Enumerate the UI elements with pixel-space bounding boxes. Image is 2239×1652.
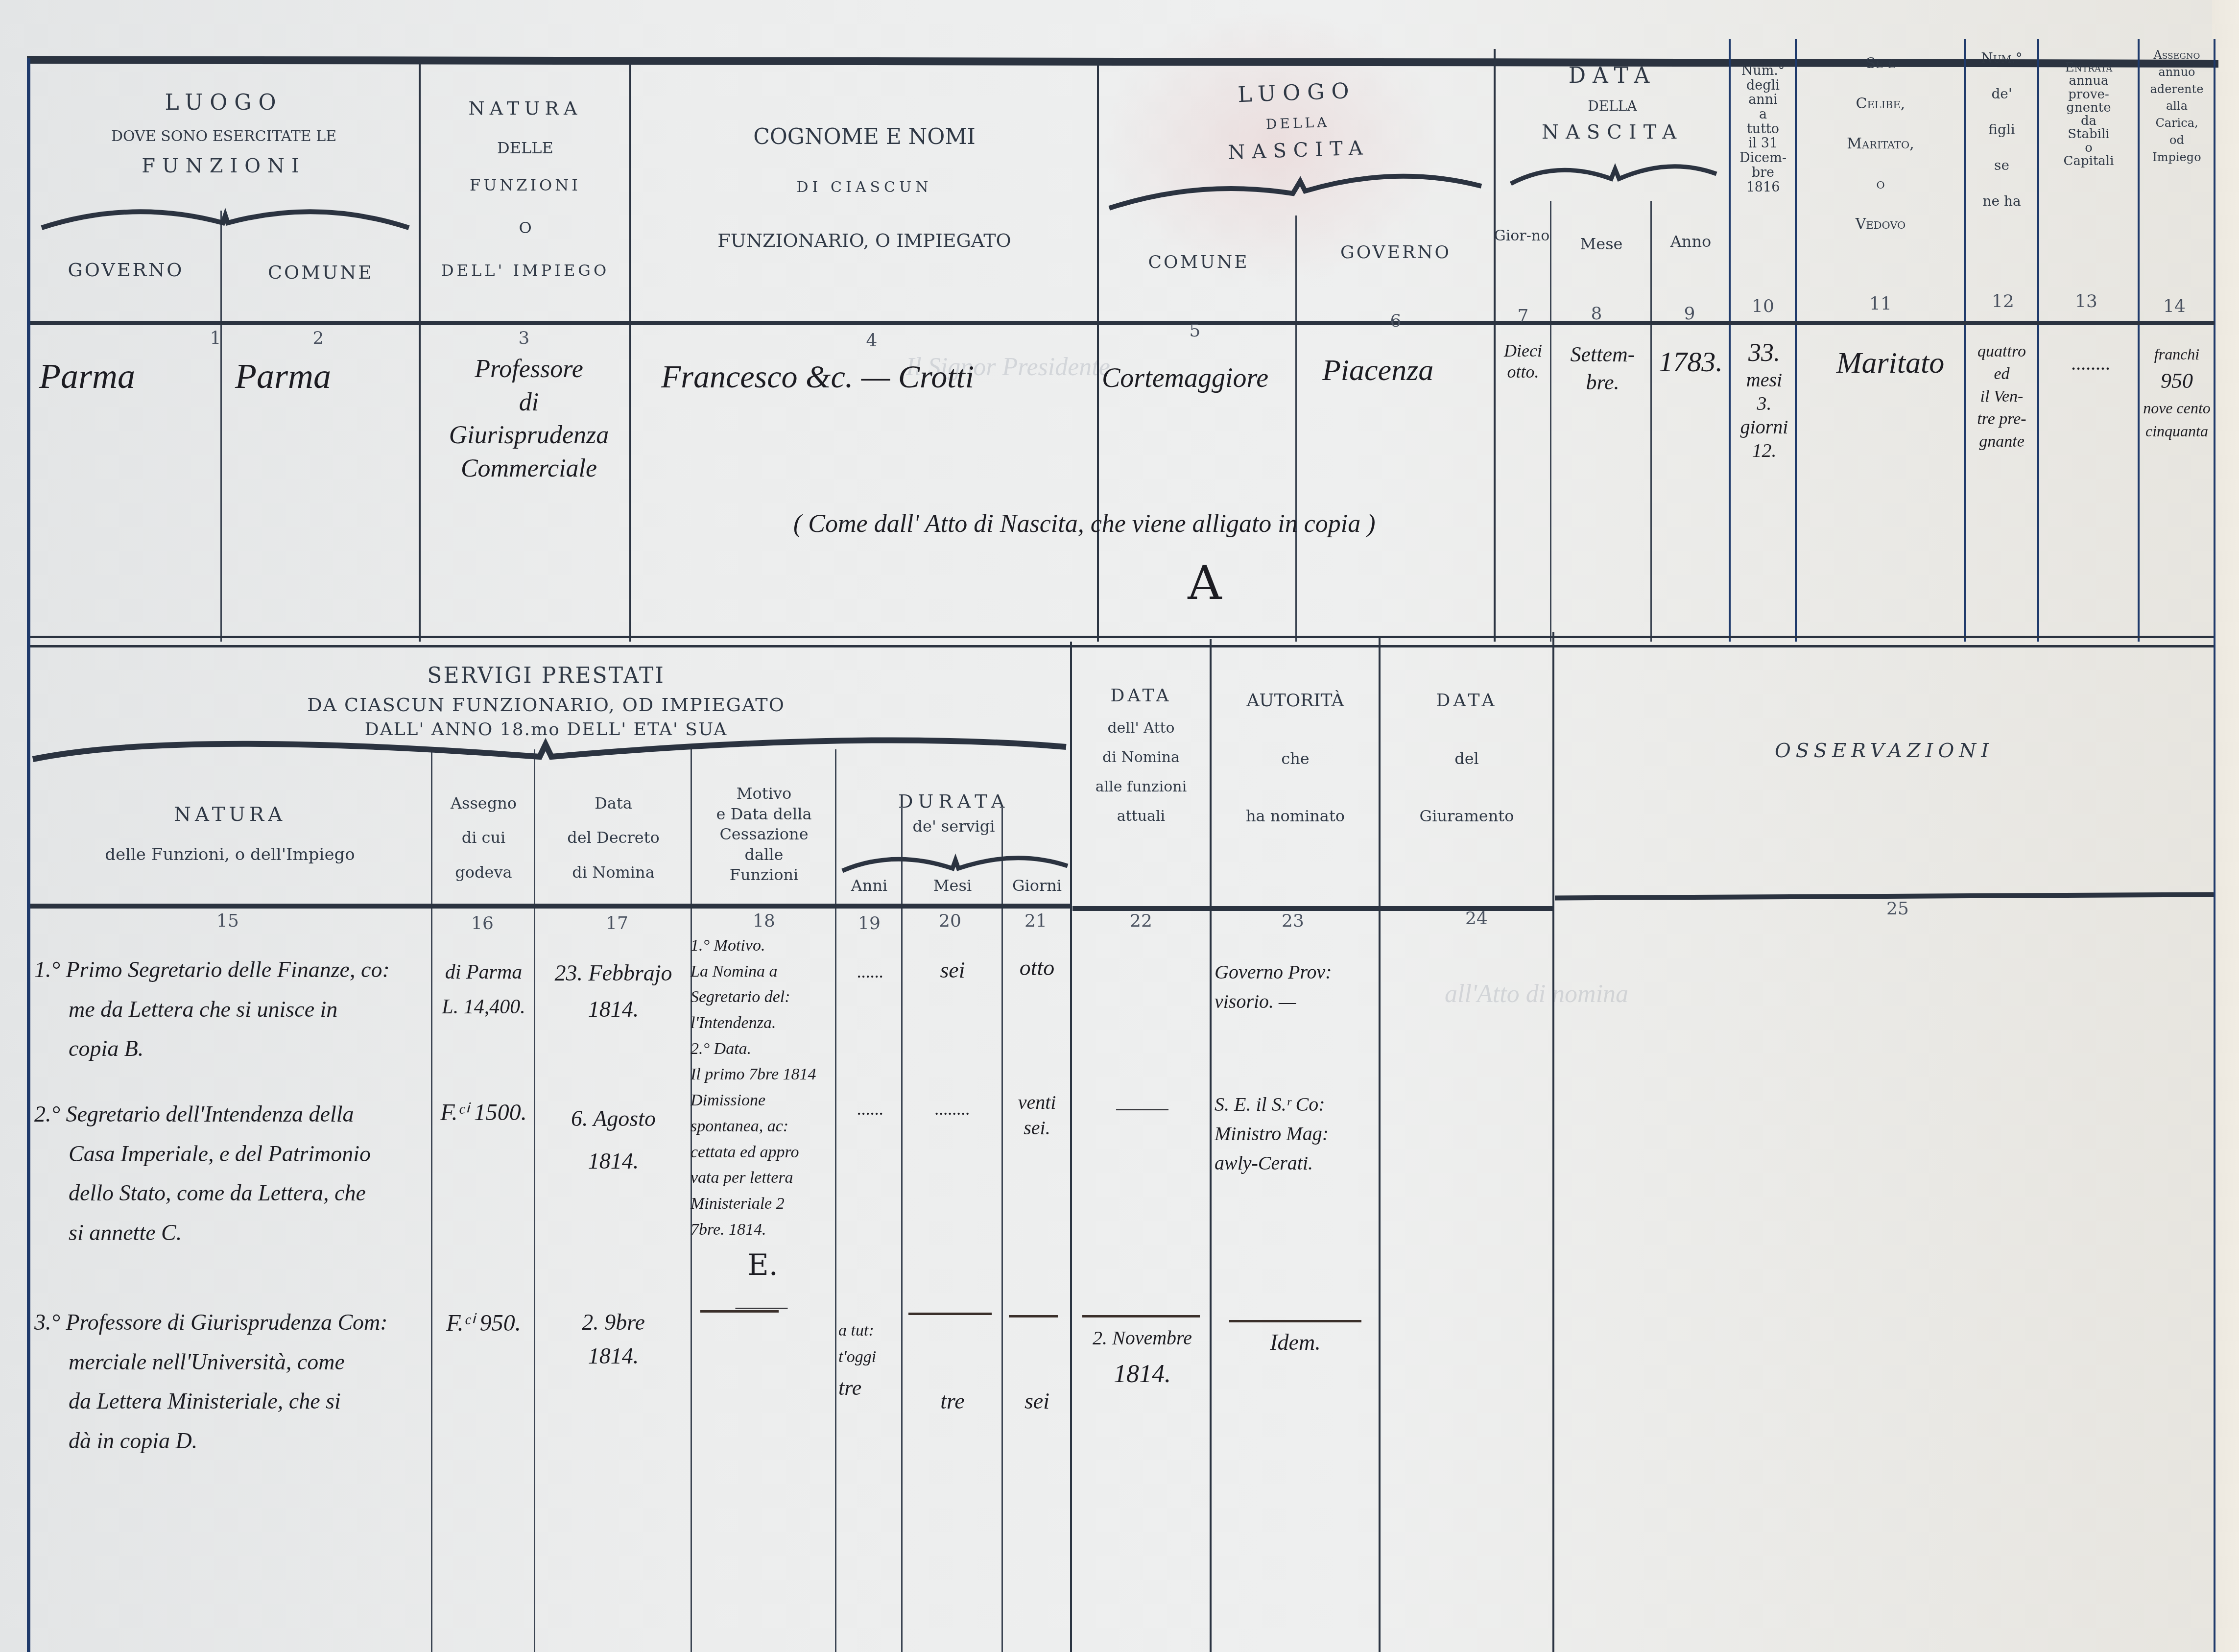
column-number: 22 — [1129, 911, 1153, 931]
header-text: di Nomina — [1072, 743, 1210, 772]
cell-text: otto. — [1496, 361, 1550, 383]
cell-comune: Parma — [235, 353, 406, 400]
header-text: DURATA — [837, 791, 1070, 813]
header-text: DATA — [1496, 64, 1729, 89]
column-number: 19 — [857, 913, 881, 934]
header-num-anni: Num.° degli anni a tutto il 31 Dicem- br… — [1731, 64, 1795, 194]
header-text: AUTORITÀ — [1212, 691, 1379, 711]
header-text: a — [1731, 107, 1795, 122]
header-durata: DURATA de' servigi — [837, 791, 1070, 835]
cell-assegno: franchi 950 nove cento cinquanta — [2140, 343, 2214, 442]
header-text: FUNZIONI — [30, 155, 417, 177]
pen-dash — [700, 1310, 779, 1313]
header-osservazioni: OSSERVAZIONI — [1555, 740, 2214, 762]
header-text: gnente — [2040, 101, 2138, 115]
header-text: LUOGO — [30, 91, 417, 116]
column-number: 25 — [1885, 899, 1910, 919]
cell-text: Dieci — [1496, 340, 1550, 361]
header-text: Assegno — [2140, 47, 2214, 64]
cell-text: t'oggi — [838, 1344, 901, 1370]
column-number: 7 — [1513, 306, 1533, 326]
service-row-2-natura: 2.° Segretario dell'Intendenza della Cas… — [34, 1095, 429, 1252]
cell-text: 2.° Segretario dell'Intendenza della — [34, 1095, 429, 1134]
header-text: Maritato, — [1797, 137, 1964, 151]
brace-ornament — [39, 203, 411, 233]
header-data-decreto: Data del Decreto di Nomina — [536, 786, 691, 889]
subheader-giorni: Giorni — [1004, 877, 1070, 895]
subheader-comune: COMUNE — [223, 262, 419, 284]
header-assegno: Assegno annuo aderente alla Carica, od I… — [2140, 47, 2214, 166]
brace-ornament — [1508, 159, 1719, 189]
header-text: Entrata — [2040, 61, 2138, 74]
header-text: DELLA — [1496, 98, 1729, 114]
header-text: godeva — [433, 855, 534, 889]
birth-certificate-note: ( Come dall' Atto di Nascita, che viene … — [793, 507, 1724, 541]
column-number: 6 — [1386, 311, 1405, 331]
header-text: Capitali — [2040, 155, 2138, 168]
subheader-mese: Mese — [1552, 235, 1650, 253]
header-luogo-funzioni: LUOGO DOVE SONO ESERCITATE LE FUNZIONI — [30, 91, 417, 177]
header-text: Num.° — [1966, 51, 2037, 65]
column-number: 21 — [1024, 911, 1048, 931]
header-num-figli: Num.° de' figli se ne ha — [1966, 51, 2037, 208]
cell-governo: Parma — [39, 353, 211, 400]
cell-text: vata per lettera — [691, 1165, 835, 1191]
cell-text: 1814. — [536, 991, 691, 1028]
column-number: 10 — [1748, 296, 1778, 316]
header-text: Num.° — [1731, 64, 1795, 78]
header-text: NATURA — [421, 98, 629, 120]
service-row-2-autorita: S. E. il S.ʳ Co: Ministro Mag: awly-Cera… — [1215, 1090, 1376, 1178]
header-text: alla — [2140, 97, 2214, 115]
header-text: di cui — [433, 820, 534, 855]
cell-text: Ministro Mag: — [1215, 1119, 1376, 1149]
pen-dash — [1009, 1315, 1058, 1317]
cell-anno: 1783. — [1653, 343, 1729, 381]
column-number: 12 — [1988, 291, 2018, 311]
subheader-governo-nascita: GOVERNO — [1298, 242, 1494, 263]
section-title-servigi: SERVIGI PRESTATI DA CIASCUN FUNZIONARIO,… — [147, 664, 945, 740]
attachment-mark-a: A — [1185, 556, 1224, 610]
cell-text: bre. — [1555, 368, 1650, 396]
service-row-2-anni: ...... — [842, 1097, 899, 1121]
cell-text: si annette C. — [34, 1213, 429, 1253]
header-text: che — [1212, 750, 1379, 768]
header-text: DATA — [1381, 691, 1552, 711]
header-data-atto-nomina: DATA dell' Atto di Nomina alle funzioni … — [1072, 678, 1210, 831]
service-row-1-natura: 1.° Primo Segretario delle Finanze, co: … — [34, 950, 429, 1069]
header-text: od — [2140, 132, 2214, 149]
cell-text: La Nomina a — [691, 959, 835, 985]
subheader-giorno: Gior-no — [1494, 228, 1550, 245]
column-number: 8 — [1587, 304, 1606, 324]
service-row-1-giorni: otto — [1004, 953, 1070, 983]
cell-text: 7bre. 1814. — [691, 1221, 766, 1239]
cell-text: a tut: — [838, 1317, 901, 1344]
header-text: 1816 — [1731, 180, 1795, 195]
header-text: Dicem- — [1731, 151, 1795, 166]
column-number: 5 — [1185, 321, 1205, 341]
header-text: de' — [1966, 87, 2037, 101]
header-text: Se è — [1797, 56, 1964, 71]
header-text: aderente — [2140, 81, 2214, 98]
header-text: del — [1381, 750, 1552, 768]
cell-natura-impiego: Professore di Giurisprudenza Commerciale — [431, 353, 627, 485]
header-text: DELLA — [1102, 109, 1494, 138]
cell-text: 1814. — [1075, 1354, 1210, 1394]
service-row-3-assegno: F.ᶜⁱ 950. — [433, 1308, 534, 1340]
cell-text: Ministeriale 2 — [691, 1191, 835, 1217]
bleed-through-text: all'Atto di nomina — [1445, 980, 1628, 1008]
header-text: NATURA — [30, 803, 429, 826]
header-text: Giuramento — [1381, 807, 1552, 825]
header-text: alle funzioni — [1072, 772, 1210, 802]
cell-eta: 33. mesi 3. giorni 12. — [1734, 338, 1795, 462]
header-text: Assegno — [433, 786, 534, 820]
cell-text: sei. — [1004, 1115, 1070, 1141]
cell-text: mesi — [1734, 368, 1795, 392]
column-number: 9 — [1680, 304, 1699, 324]
header-text: del Decreto — [536, 820, 691, 855]
header-text: COGNOME E NOMI — [632, 125, 1097, 150]
cell-text: giorni — [1734, 415, 1795, 439]
header-text: degli — [1731, 78, 1795, 93]
header-text: NASCITA — [1496, 121, 1729, 144]
page-edge — [2212, 0, 2239, 1652]
header-text: Motivo — [693, 784, 835, 804]
column-number: 11 — [1866, 294, 1895, 314]
header-text: ha nominato — [1212, 807, 1379, 825]
header-text: Data — [536, 786, 691, 820]
cell-text: gnante — [1966, 431, 2037, 453]
service-row-1-decreto: 23. Febbrajo 1814. — [536, 955, 691, 1027]
cell-text: 3.° Professore di Giurisprudenza Com: — [34, 1303, 429, 1342]
service-row-3-decreto: 2. 9bre 1814. — [536, 1305, 691, 1373]
header-assegno-godeva: Assegno di cui godeva — [433, 786, 534, 889]
cell-text: l'Intendenza. — [691, 1010, 835, 1036]
cell-cognome-nomi: Francesco &c. — Crotti — [661, 355, 1092, 399]
header-text: SERVIGI PRESTATI — [147, 664, 945, 689]
service-row-3-giorni: sei — [1004, 1386, 1070, 1416]
cell-text: Settem- — [1555, 340, 1650, 368]
cell-text: 2.° Data. — [691, 1036, 835, 1062]
cell-text: 950 — [2140, 365, 2214, 397]
column-number: 17 — [605, 913, 629, 934]
header-text: dalle — [693, 845, 835, 865]
header-cognome-nomi: COGNOME E NOMI DI CIASCUN FUNZIONARIO, O… — [632, 125, 1097, 252]
cell-governo-nascita: Piacenza — [1322, 350, 1491, 391]
header-text: annuo — [2140, 64, 2214, 81]
column-number: 15 — [215, 911, 240, 931]
cell-text: Commerciale — [431, 452, 627, 485]
service-row-3-data-atto: 2. Novembre 1814. — [1075, 1322, 1210, 1394]
header-text: o — [1797, 177, 1964, 192]
cell-text: Giurisprudenza — [431, 419, 627, 452]
cell-text: 1814. — [536, 1140, 691, 1182]
header-text: Funzioni — [693, 865, 835, 886]
subheader-anno: Anno — [1653, 233, 1729, 251]
header-text: se — [1966, 159, 2037, 172]
cell-comune-nascita: Cortemaggiore — [1102, 360, 1295, 397]
header-text: Cessazione — [693, 824, 835, 845]
header-text: attuali — [1072, 802, 1210, 831]
cell-text: venti — [1004, 1090, 1070, 1115]
cell-entrata: ........ — [2047, 350, 2135, 377]
cell-text: da Lettera Ministeriale, che si — [34, 1382, 429, 1421]
header-text: di Nomina — [536, 855, 691, 889]
pen-dash — [1082, 1315, 1200, 1317]
header-text: bre — [1731, 166, 1795, 180]
column-number: 13 — [2072, 291, 2101, 311]
cell-text: Professore — [431, 353, 627, 386]
service-row-1-assegno: di Parma L. 14,400. — [433, 955, 534, 1025]
cell-num-figli: quattro ed il Ven- tre pre- gnante — [1966, 340, 2037, 453]
cell-giorno: Dieci otto. — [1496, 340, 1550, 383]
column-number: 2 — [309, 328, 328, 348]
header-text: Impiego — [2140, 149, 2214, 166]
header-text: o — [2040, 142, 2138, 155]
column-number: 4 — [862, 331, 881, 351]
cell-text: S. E. il S.ʳ Co: — [1215, 1090, 1376, 1119]
header-data-nascita: DATA DELLA NASCITA — [1496, 64, 1729, 144]
cell-text: cinquanta — [2140, 420, 2214, 442]
cell-text: quattro — [1966, 340, 2037, 363]
service-row-1-anni: ...... — [842, 960, 899, 984]
header-text: da — [2040, 115, 2138, 128]
column-number: 20 — [938, 911, 962, 931]
header-text: DA CIASCUN FUNZIONARIO, OD IMPIEGATO — [147, 694, 945, 716]
cell-text: Dimissione — [691, 1088, 835, 1114]
header-data-giuramento: DATA del Giuramento — [1381, 691, 1552, 825]
column-number: 18 — [752, 911, 776, 931]
header-text: DOVE SONO ESERCITATE LE — [30, 128, 417, 145]
header-text: ne ha — [1966, 194, 2037, 208]
cell-text: 33. — [1734, 338, 1795, 368]
header-text: DELL' IMPIEGO — [421, 262, 629, 280]
header-text: de' servigi — [837, 817, 1070, 836]
header-text: il 31 — [1731, 136, 1795, 151]
cell-text: tre — [838, 1371, 901, 1405]
cell-text: 1.° Motivo. — [691, 933, 835, 959]
column-number: 3 — [514, 328, 534, 348]
service-row-3-mesi: tre — [906, 1386, 999, 1416]
cell-text: nove cento — [2140, 397, 2214, 419]
service-row-1-mesi: sei — [906, 955, 999, 985]
cell-text: 3. — [1734, 392, 1795, 415]
cell-text: 23. Febbrajo — [536, 955, 691, 991]
service-row-1-autorita: Governo Prov: visorio. — — [1215, 958, 1376, 1016]
column-number: 23 — [1281, 911, 1305, 931]
cell-text: 12. — [1734, 439, 1795, 462]
cell-stato-civile: Maritato — [1817, 343, 1964, 384]
header-text: DATA — [1072, 678, 1210, 714]
attachment-mark-e: E. — [691, 1243, 835, 1288]
header-text: Carica, — [2140, 115, 2214, 132]
column-number: 1 — [206, 328, 225, 348]
service-row-3-autorita: Idem. — [1215, 1327, 1376, 1358]
subheader-governo: GOVERNO — [30, 260, 221, 281]
header-text: prove- — [2040, 88, 2138, 101]
subheader-anni: Anni — [837, 877, 901, 895]
cell-text: 2. Novembre — [1075, 1322, 1210, 1354]
cell-text: Segretario del: — [691, 984, 835, 1010]
header-motivo-cessazione: Motivo e Data della Cessazione dalle Fun… — [693, 784, 835, 886]
cell-text: awly-Cerati. — [1215, 1149, 1376, 1178]
cell-text: franchi — [2140, 343, 2214, 365]
service-row-3-anni: a tut: t'oggi tre — [838, 1317, 901, 1405]
cell-text: di Parma — [433, 955, 534, 990]
column-number: 16 — [470, 913, 495, 934]
header-text: Vedovo — [1797, 217, 1964, 232]
column-number: 14 — [2160, 296, 2189, 316]
cell-text: 6. Agosto — [536, 1097, 691, 1140]
cell-text: ed — [1966, 363, 2037, 385]
cell-text: il Ven- — [1966, 385, 2037, 408]
header-text: dell' Atto — [1072, 714, 1210, 743]
brace-ornament — [30, 735, 1069, 764]
cell-text: cettata ed appro — [691, 1140, 835, 1166]
pen-dash — [908, 1313, 992, 1315]
service-row-2-giorni: venti sei. — [1004, 1090, 1070, 1141]
cell-text: spontanea, ac: — [691, 1114, 835, 1140]
cell-text: Governo Prov: — [1215, 958, 1376, 987]
cell-text: visorio. — — [1215, 987, 1376, 1016]
header-text: delle Funzioni, o dell'Impiego — [30, 845, 429, 864]
service-row-1-2-motivo: 1.° Motivo. La Nomina a Segretario del: … — [691, 933, 835, 1288]
header-autorita: AUTORITÀ che ha nominato — [1212, 691, 1379, 825]
header-text: DELLE — [421, 139, 629, 157]
cell-text: di — [431, 386, 627, 419]
service-row-2-mesi: ........ — [906, 1097, 999, 1121]
header-text: DI CIASCUN — [632, 179, 1097, 196]
header-natura: NATURA DELLE FUNZIONI O DELL' IMPIEGO — [421, 98, 629, 280]
service-row-2-assegno: F.ᶜⁱ 1500. — [433, 1097, 534, 1129]
cell-mese: Settem- bre. — [1555, 340, 1650, 396]
header-entrata: Entrata annua prove- gnente da Stabili o… — [2040, 61, 2138, 168]
header-text: O — [421, 219, 629, 237]
cell-text: 2. 9bre — [536, 1305, 691, 1339]
cell-text: me da Lettera che si unisce in — [34, 990, 429, 1030]
subheader-comune-nascita: COMUNE — [1102, 252, 1295, 272]
header-luogo-nascita: LUOGO DELLA NASCITA — [1100, 74, 1495, 168]
cell-text: L. 14,400. — [433, 990, 534, 1025]
header-text: figli — [1966, 123, 2037, 137]
column-number: 24 — [1464, 909, 1489, 929]
cell-text: 1.° Primo Segretario delle Finanze, co: — [34, 950, 429, 990]
brace-ornament — [840, 851, 1070, 876]
header-text: anni — [1731, 93, 1795, 107]
service-row-2-data-atto: ——— — [1077, 1095, 1207, 1121]
cell-text: dello Stato, come da Lettera, che — [34, 1173, 429, 1213]
header-text: annua — [2040, 74, 2138, 88]
header-stato-civile: Se è Celibe, Maritato, o Vedovo — [1797, 56, 1964, 232]
cell-text: Casa Imperiale, e del Patrimonio — [34, 1134, 429, 1174]
cell-text: tre pre- — [1966, 408, 2037, 431]
header-text: e Data della — [693, 804, 835, 825]
cell-text: dà in copia D. — [34, 1421, 429, 1461]
brace-ornament — [1107, 169, 1484, 213]
header-text: Stabili — [2040, 128, 2138, 141]
pen-dash — [1229, 1320, 1361, 1322]
header-text: Celibe, — [1797, 96, 1964, 111]
service-row-3-motivo: ——— — [695, 1293, 828, 1319]
service-row-3-natura: 3.° Professore di Giurisprudenza Com: me… — [34, 1303, 429, 1460]
header-text: FUNZIONARIO, O IMPIEGATO — [632, 230, 1097, 252]
cell-text: Il primo 7bre 1814 — [691, 1062, 835, 1088]
cell-text: copia B. — [34, 1029, 429, 1069]
header-text: tutto — [1731, 122, 1795, 137]
subheader-mesi: Mesi — [904, 877, 1001, 895]
cell-text: merciale nell'Università, come — [34, 1342, 429, 1382]
header-natura-funzioni: NATURA delle Funzioni, o dell'Impiego — [30, 803, 429, 864]
cell-text: 1814. — [536, 1339, 691, 1373]
service-row-2-decreto: 6. Agosto 1814. — [536, 1097, 691, 1183]
header-text: FUNZIONI — [421, 176, 629, 194]
